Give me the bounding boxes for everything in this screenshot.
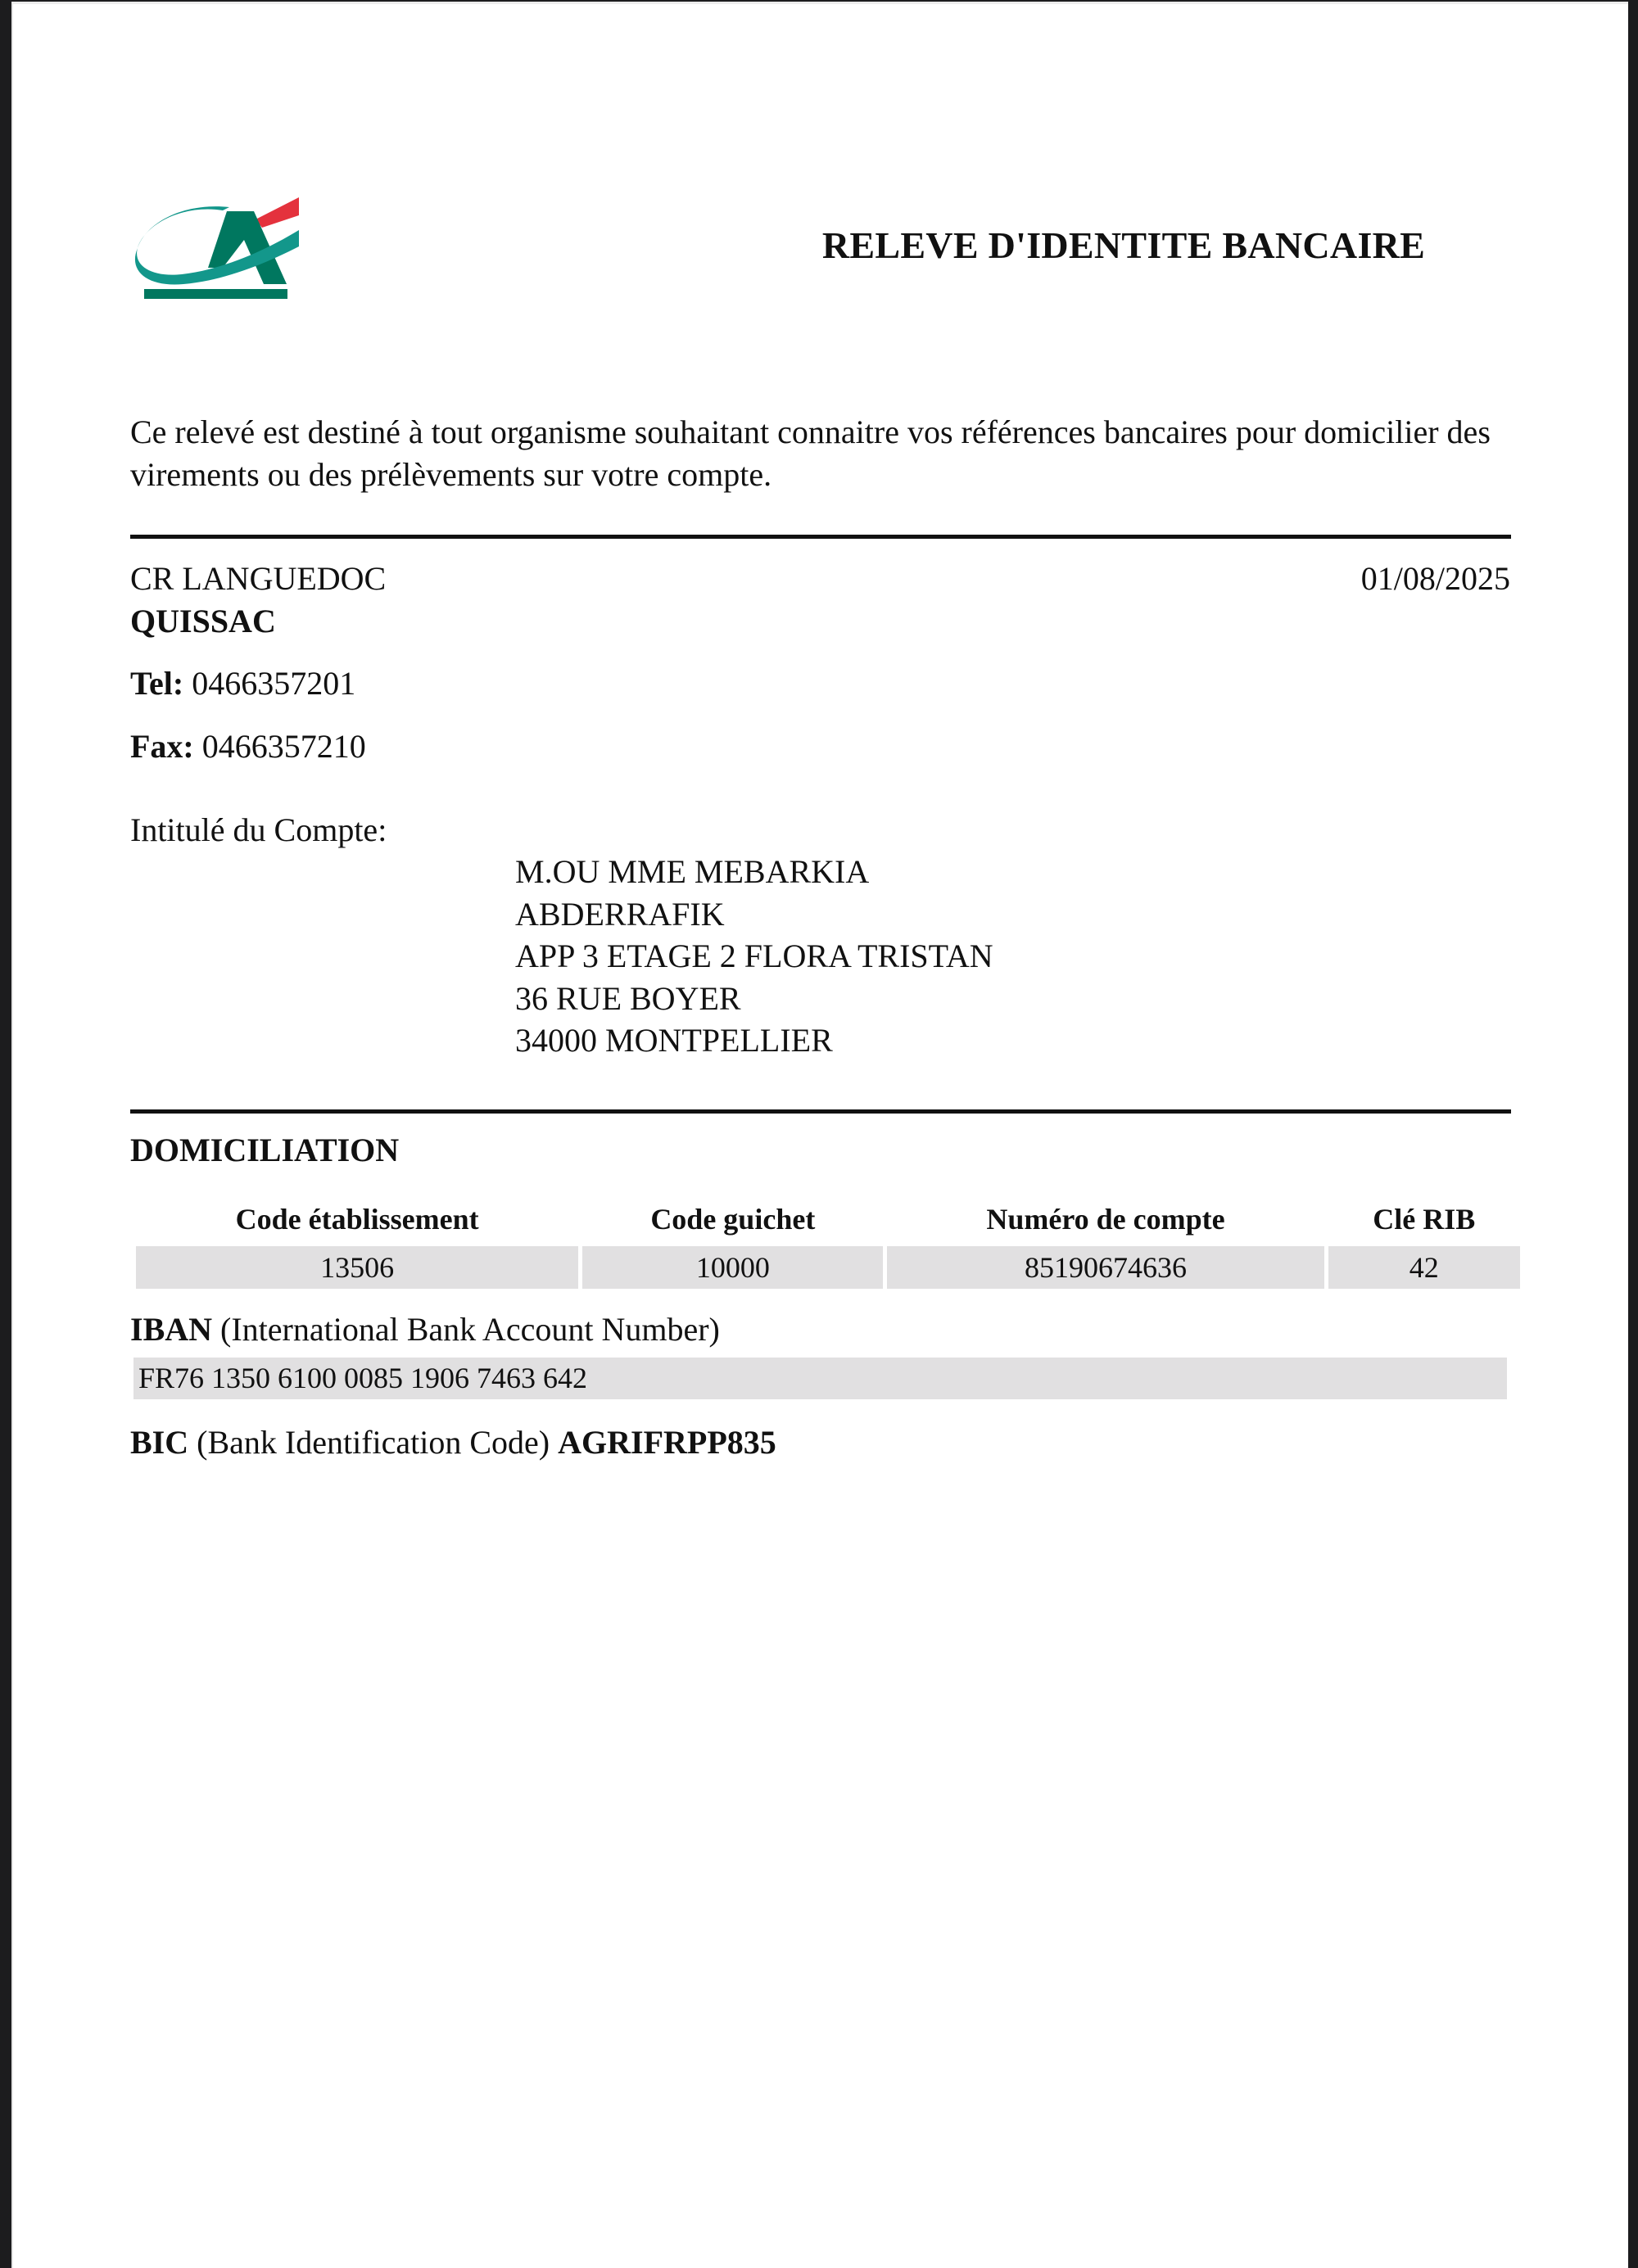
bic-label-rest: (Bank Identification Code) <box>188 1424 558 1461</box>
column-header-cle-rib: Clé RIB <box>1328 1195 1520 1246</box>
address-line: APP 3 ETAGE 2 FLORA TRISTAN <box>515 935 993 978</box>
divider-middle <box>130 1109 1511 1114</box>
bic-value: AGRIFRPP835 <box>558 1424 776 1461</box>
rib-table: Code établissement Code guichet Numéro d… <box>132 1195 1524 1289</box>
address-line: ABDERRAFIK <box>515 893 993 936</box>
tel-value: 0466357201 <box>192 665 355 702</box>
table-row: 13506 10000 85190674636 42 <box>136 1246 1520 1289</box>
numero-compte-value: 85190674636 <box>887 1246 1324 1289</box>
intro-text: Ce relevé est destiné à tout organisme s… <box>130 411 1539 496</box>
iban-label-bold: IBAN <box>130 1311 212 1348</box>
column-header-code-guichet: Code guichet <box>582 1195 883 1246</box>
document-title: RELEVE D'IDENTITE BANCAIRE <box>2 224 1638 267</box>
account-holder-label: Intitulé du Compte: <box>130 809 387 852</box>
code-guichet-value: 10000 <box>582 1246 883 1289</box>
address-line: 34000 MONTPELLIER <box>515 1019 993 1062</box>
address-line: 36 RUE BOYER <box>515 978 993 1020</box>
account-holder-address: M.OU MME MEBARKIA ABDERRAFIK APP 3 ETAGE… <box>515 851 993 1062</box>
document-page: RELEVE D'IDENTITE BANCAIRE Ce relevé est… <box>11 2 1628 2268</box>
agency-branch: QUISSAC <box>130 600 276 643</box>
column-header-code-etablissement: Code établissement <box>136 1195 578 1246</box>
fax-value: 0466357210 <box>202 728 366 765</box>
bic-label-bold: BIC <box>130 1424 188 1461</box>
agency-tel: Tel: 0466357201 <box>130 662 355 705</box>
bic-line: BIC (Bank Identification Code) AGRIFRPP8… <box>130 1423 776 1462</box>
iban-label: IBAN (International Bank Account Number) <box>130 1310 720 1349</box>
document-date: 01/08/2025 <box>1361 558 1510 600</box>
agency-region: CR LANGUEDOC <box>130 558 386 600</box>
code-etablissement-value: 13506 <box>136 1246 578 1289</box>
domiciliation-heading: DOMICILIATION <box>130 1131 399 1169</box>
fax-label: Fax: <box>130 728 194 765</box>
cle-rib-value: 42 <box>1328 1246 1520 1289</box>
tel-label: Tel: <box>130 665 183 702</box>
divider-top <box>130 535 1511 539</box>
address-line: M.OU MME MEBARKIA <box>515 851 993 893</box>
agency-fax: Fax: 0466357210 <box>130 725 366 768</box>
column-header-numero-compte: Numéro de compte <box>887 1195 1324 1246</box>
iban-label-rest: (International Bank Account Number) <box>212 1311 720 1348</box>
iban-value: FR76 1350 6100 0085 1906 7463 642 <box>133 1358 1507 1399</box>
